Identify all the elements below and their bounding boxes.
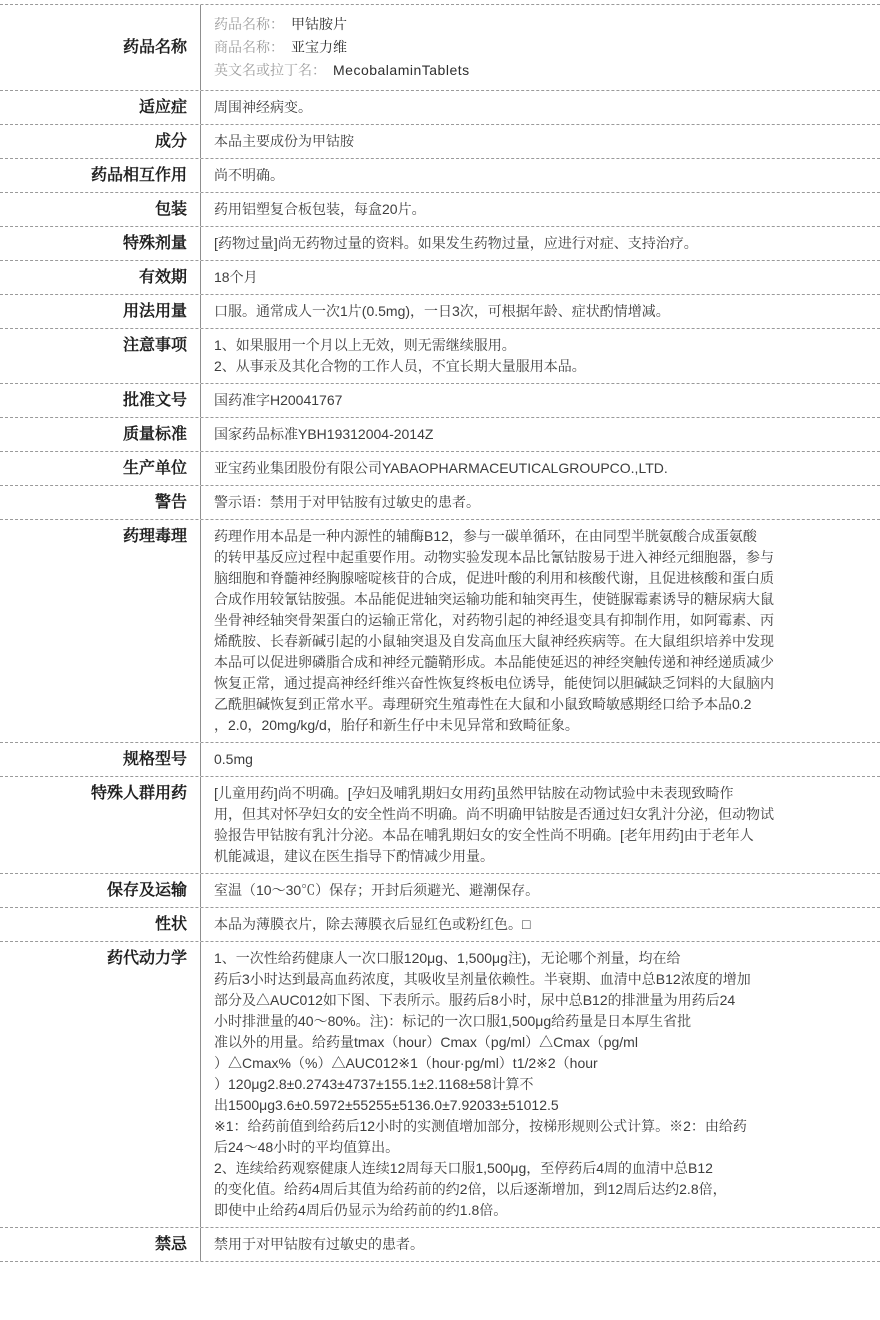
row-value: 18个月: [200, 261, 880, 294]
table-row-special-populations: 特殊人群用药 [儿童用药]尚不明确。[孕妇及哺乳期妇女用药]虽然甲钴胺在动物试验…: [0, 777, 880, 874]
row-value: 本品为薄膜衣片，除去薄膜衣后显红色或粉红色。□: [200, 908, 880, 941]
row-label: 成分: [0, 125, 200, 158]
table-row-pharmacokinetics: 药代动力学 1、一次性给药健康人一次口服120μg、1,500μg注)，无论哪个…: [0, 942, 880, 1228]
row-value: 国药准字H20041767: [200, 384, 880, 417]
row-value: 亚宝药业集团股份有限公司YABAOPHARMACEUTICALGROUPCO.,…: [200, 452, 880, 485]
row-label: 质量标准: [0, 418, 200, 451]
table-row-dosage-administration: 用法用量 口服。通常成人一次1片(0.5mg)，一日3次，可根据年龄、症状酌情增…: [0, 295, 880, 329]
row-value-drug-name: 药品名称：甲钴胺片 商品名称：亚宝力维 英文名或拉丁名：MecobalaminT…: [200, 5, 880, 90]
trade-name-sub-value: 亚宝力维: [291, 39, 347, 55]
table-row-precautions: 注意事项 1、如果服用一个月以上无效，则无需继续服用。 2、从事汞及其化合物的工…: [0, 329, 880, 384]
table-row-contraindications: 禁忌 禁用于对甲钴胺有过敏史的患者。: [0, 1228, 880, 1262]
row-label: 有效期: [0, 261, 200, 294]
row-value: 1、如果服用一个月以上无效，则无需继续服用。 2、从事汞及其化合物的工作人员，不…: [200, 329, 880, 383]
row-label-drug-name: 药品名称: [0, 5, 200, 90]
table-row-pharmacology-toxicology: 药理毒理 药理作用本品是一种内源性的辅酶B12，参与一碳单循环，在由同型半胱氨酸…: [0, 520, 880, 743]
row-label: 适应症: [0, 91, 200, 124]
row-label: 保存及运输: [0, 874, 200, 907]
table-row-packaging: 包装 药用铝塑复合板包装，每盒20片。: [0, 193, 880, 227]
row-value: 周围神经病变。: [200, 91, 880, 124]
trade-name-field: 商品名称：亚宝力维: [214, 36, 862, 59]
table-row-drug-interactions: 药品相互作用 尚不明确。: [0, 159, 880, 193]
row-label: 特殊人群用药: [0, 777, 200, 873]
english-name-sub-value: MecobalaminTablets: [333, 62, 470, 78]
row-label: 注意事项: [0, 329, 200, 383]
trade-name-sub-label: 商品名称：: [214, 39, 284, 55]
row-label: 生产单位: [0, 452, 200, 485]
row-value: 药理作用本品是一种内源性的辅酶B12，参与一碳单循环，在由同型半胱氨酸合成蛋氨酸…: [200, 520, 880, 742]
row-value: 药用铝塑复合板包装，每盒20片。: [200, 193, 880, 226]
row-value: 国家药品标准YBH19312004-2014Z: [200, 418, 880, 451]
row-label: 禁忌: [0, 1228, 200, 1261]
row-value: 1、一次性给药健康人一次口服120μg、1,500μg注)，无论哪个剂量，均在给…: [200, 942, 880, 1227]
table-row-approval-number: 批准文号 国药准字H20041767: [0, 384, 880, 418]
table-row-specification: 规格型号 0.5mg: [0, 743, 880, 777]
drug-name-sub-label: 药品名称：: [214, 16, 284, 32]
table-row-storage-transport: 保存及运输 室温（10～30℃）保存；开封后须避光、避潮保存。: [0, 874, 880, 908]
english-name-field: 英文名或拉丁名：MecobalaminTablets: [214, 59, 862, 82]
row-value: 口服。通常成人一次1片(0.5mg)，一日3次，可根据年龄、症状酌情增减。: [200, 295, 880, 328]
row-label: 性状: [0, 908, 200, 941]
table-row-special-dosage: 特殊剂量 [药物过量]尚无药物过量的资料。如果发生药物过量，应进行对症、支持治疗…: [0, 227, 880, 261]
drug-info-table: 药品名称 药品名称：甲钴胺片 商品名称：亚宝力维 英文名或拉丁名：Mecobal…: [0, 4, 880, 1262]
table-row-indications: 适应症 周围神经病变。: [0, 91, 880, 125]
row-value: 0.5mg: [200, 743, 880, 776]
row-value: 本品主要成份为甲钴胺: [200, 125, 880, 158]
drug-name-field: 药品名称：甲钴胺片: [214, 13, 862, 36]
drug-name-sub-value: 甲钴胺片: [291, 16, 347, 32]
row-label: 特殊剂量: [0, 227, 200, 260]
table-row-ingredients: 成分 本品主要成份为甲钴胺: [0, 125, 880, 159]
table-row-shelf-life: 有效期 18个月: [0, 261, 880, 295]
table-row-drug-name: 药品名称 药品名称：甲钴胺片 商品名称：亚宝力维 英文名或拉丁名：Mecobal…: [0, 5, 880, 91]
row-label: 警告: [0, 486, 200, 519]
row-value: 禁用于对甲钴胺有过敏史的患者。: [200, 1228, 880, 1261]
row-label: 药代动力学: [0, 942, 200, 1227]
row-label: 规格型号: [0, 743, 200, 776]
english-name-sub-label: 英文名或拉丁名：: [214, 62, 326, 78]
row-value: [药物过量]尚无药物过量的资料。如果发生药物过量，应进行对症、支持治疗。: [200, 227, 880, 260]
table-row-quality-standard: 质量标准 国家药品标准YBH19312004-2014Z: [0, 418, 880, 452]
table-row-description: 性状 本品为薄膜衣片，除去薄膜衣后显红色或粉红色。□: [0, 908, 880, 942]
row-label: 药品相互作用: [0, 159, 200, 192]
row-value: [儿童用药]尚不明确。[孕妇及哺乳期妇女用药]虽然甲钴胺在动物试验中未表现致畸作…: [200, 777, 880, 873]
row-value: 尚不明确。: [200, 159, 880, 192]
row-label: 用法用量: [0, 295, 200, 328]
row-value: 室温（10～30℃）保存；开封后须避光、避潮保存。: [200, 874, 880, 907]
table-row-manufacturer: 生产单位 亚宝药业集团股份有限公司YABAOPHARMACEUTICALGROU…: [0, 452, 880, 486]
row-label: 批准文号: [0, 384, 200, 417]
table-row-warning: 警告 警示语：禁用于对甲钴胺有过敏史的患者。: [0, 486, 880, 520]
row-label: 包装: [0, 193, 200, 226]
row-label: 药理毒理: [0, 520, 200, 742]
row-value: 警示语：禁用于对甲钴胺有过敏史的患者。: [200, 486, 880, 519]
